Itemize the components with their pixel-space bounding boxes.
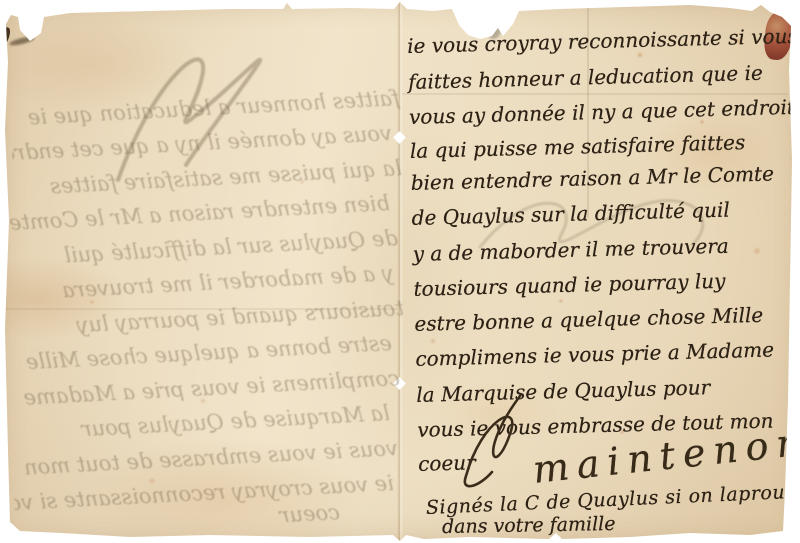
postscript-line-2: dans votre famille [442,513,616,538]
letter-sheet: faittes honneur a leducation que ie vous… [0,0,800,543]
letter-line: la qui puisse me satisfaire faittes [410,130,746,163]
letter-line: estre bonne a quelque chose Mille [414,303,763,336]
letter-line: de Quaylus sur la difficulté quil [411,198,730,230]
letter-line: bien entendre raison a Mr le Comte [410,161,774,194]
bleedthrough-line: vous ay donnée il ny a que cet endroit [12,121,393,165]
bleedthrough-text: faittes honneur a leducation que ie vous… [0,0,400,543]
letter-line: complimens ie vous prie a Madame [415,337,774,370]
bleedthrough-line: y a de maborder il me trouvera [14,261,395,305]
letter-line: vous ay donnée il ny a que cet endroit [409,95,795,129]
bleedthrough-line: bien entendre raison a Mr le Comte [10,191,391,235]
bleedthrough-line: estre bonne a quelque chose Mille [12,331,393,375]
letter-line: faittes honneur a leducation que ie [408,61,763,94]
letter-scan: faittes honneur a leducation que ie vous… [0,0,800,543]
letter-line: tousiours quand ie pourray luy [413,269,725,301]
bleedthrough-line: la Marquise de Quaylus pour [10,401,391,445]
letter-line: ie vous croyray reconnoissante si vous [407,24,798,58]
letter-line: y a de maborder il me trouvera [412,234,729,266]
